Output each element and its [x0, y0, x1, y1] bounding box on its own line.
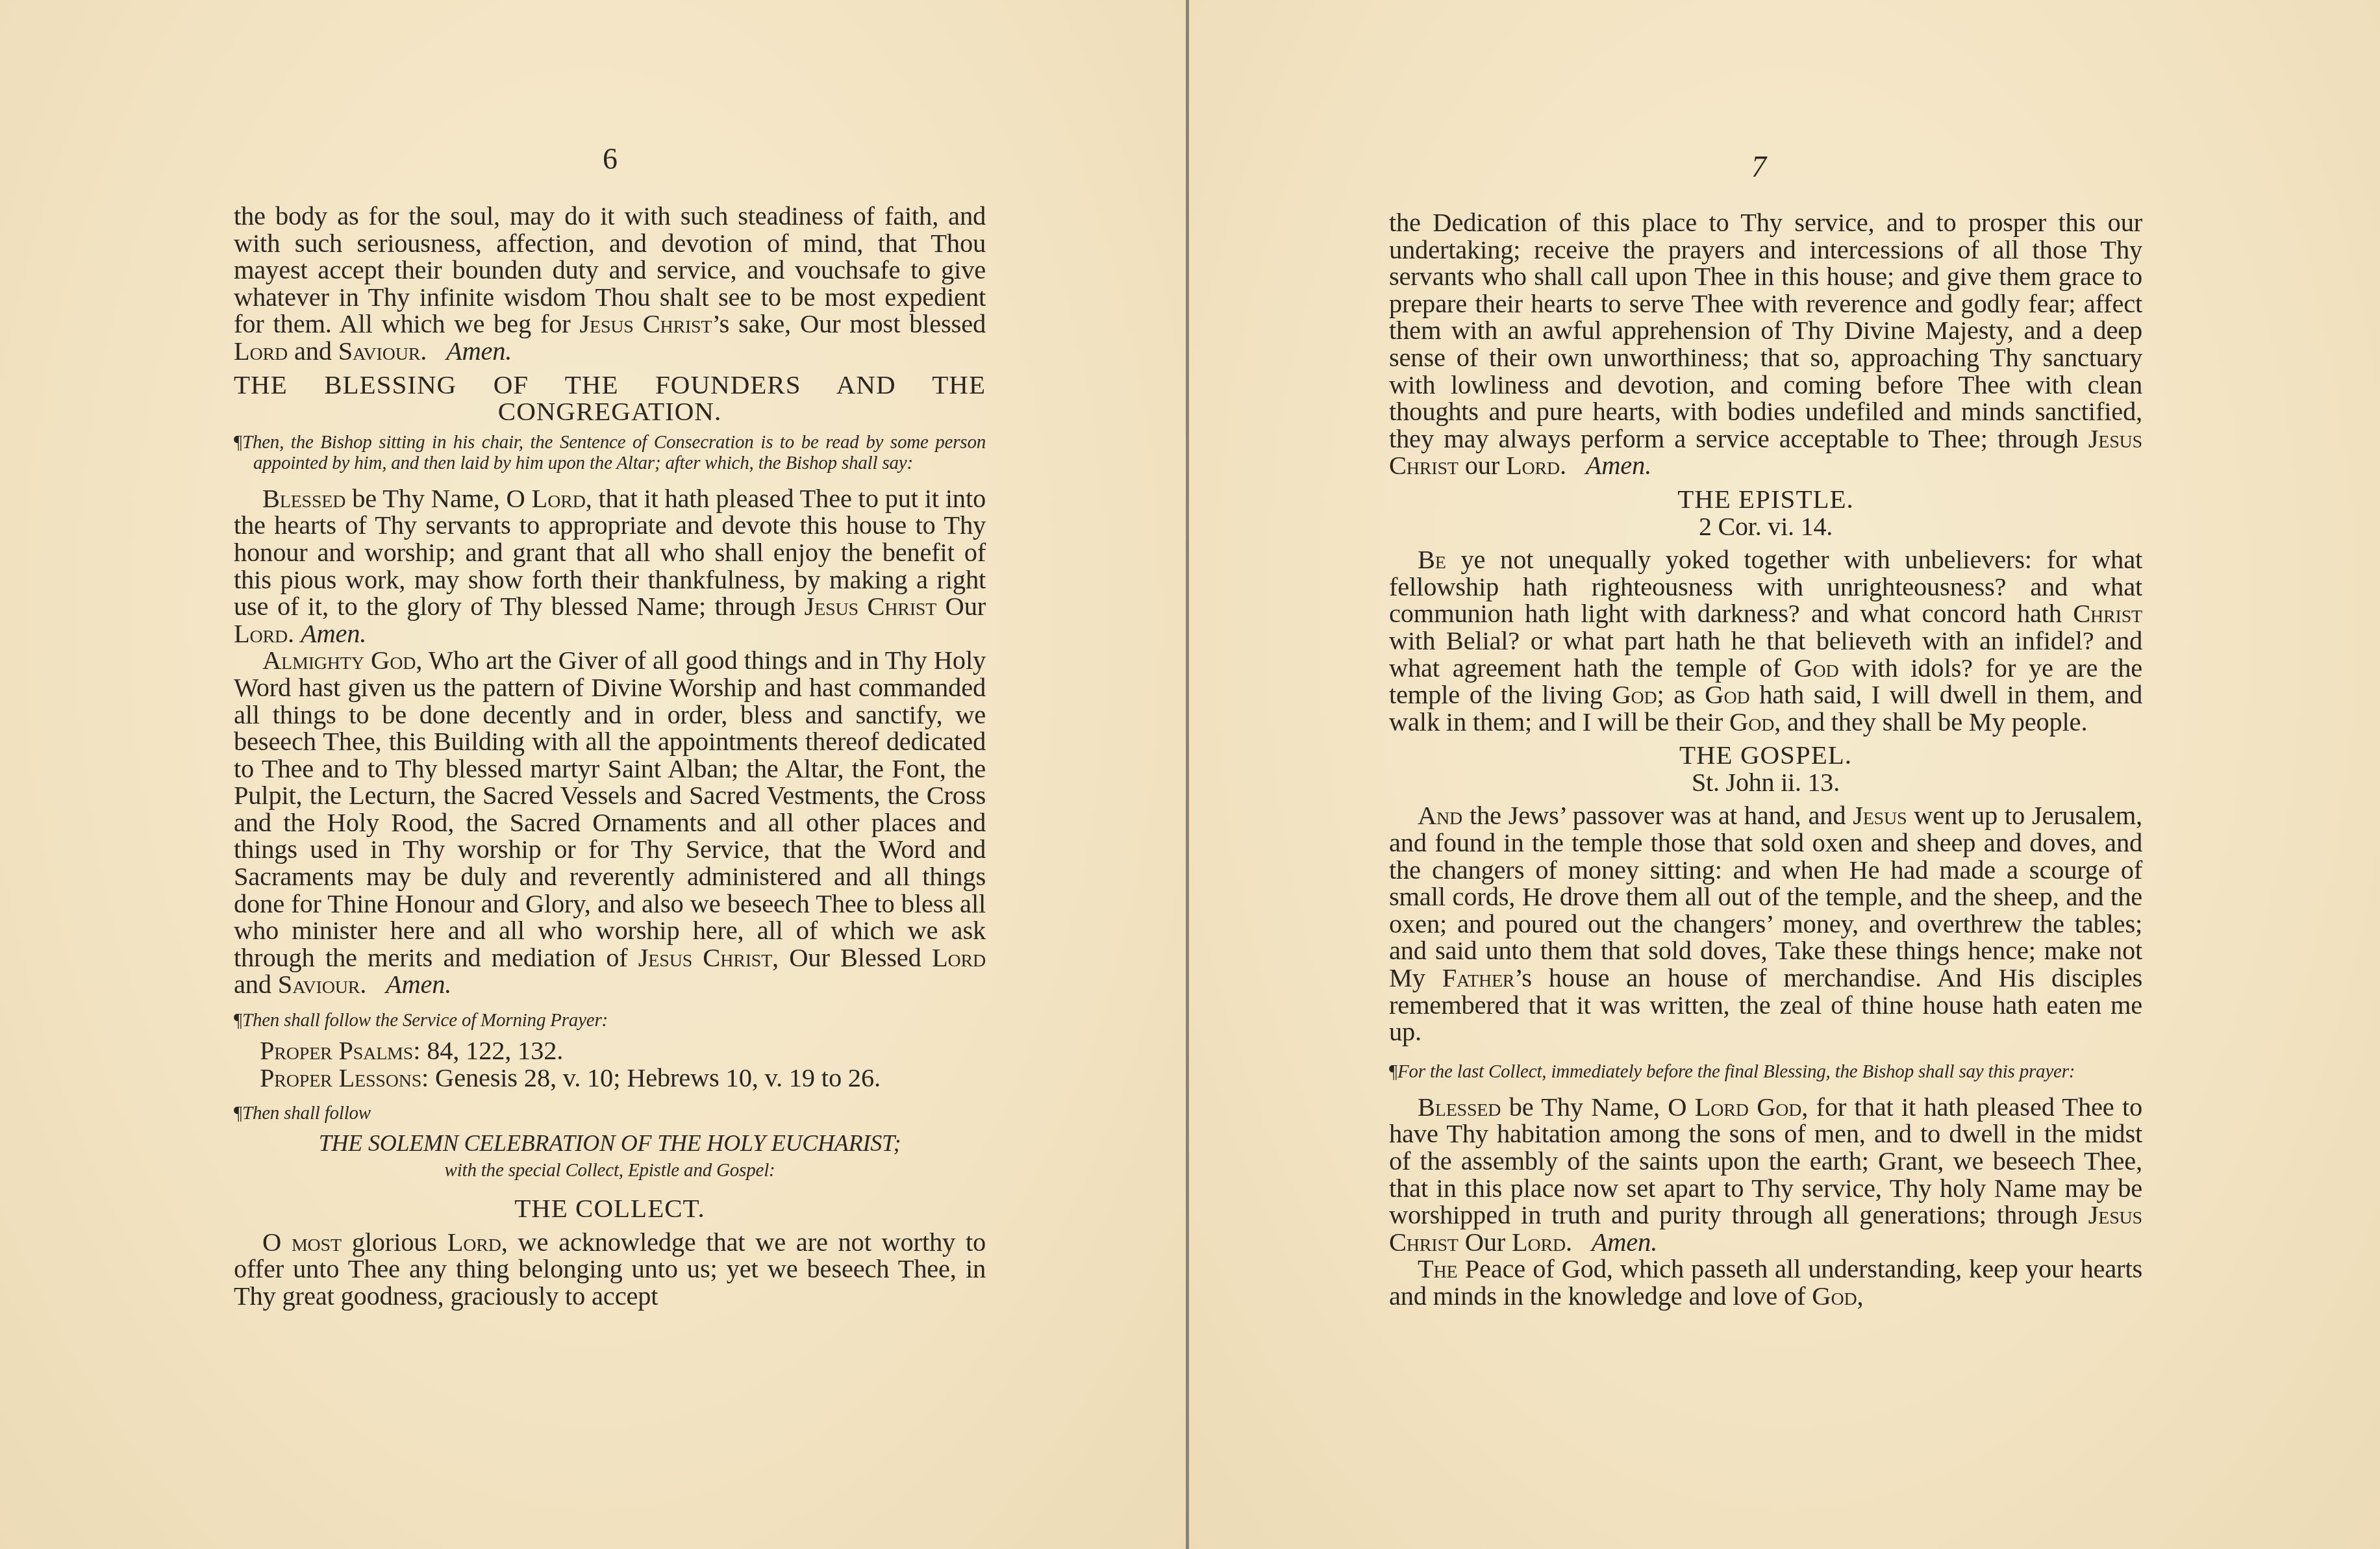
- collect-prayer: O most glorious Lord, we acknowledge tha…: [234, 1229, 986, 1310]
- page-number: 7: [1751, 149, 1766, 184]
- section-heading-founders: THE BLESSING OF THE FOUNDERS AND THE CON…: [234, 372, 986, 425]
- rubric-then-shall-follow: ¶Then shall follow: [234, 1103, 986, 1124]
- page-number: 6: [603, 142, 618, 176]
- rubric-consecration: ¶Then, the Bishop sitting in his chair, …: [234, 432, 986, 473]
- right-page-text: the Dedication of this place to Thy serv…: [1389, 209, 2142, 1310]
- final-blessing-prayer: Blessed be Thy Name, O Lord God, for tha…: [1389, 1094, 2142, 1256]
- book-spread: 6 the body as for the soul, may do it wi…: [0, 0, 2380, 1549]
- left-page: 6 the body as for the soul, may do it wi…: [0, 0, 1186, 1549]
- epistle-text: Be ye not unequally yoked together with …: [1389, 546, 2142, 735]
- collect-continued: the Dedication of this place to Thy serv…: [1389, 209, 2142, 479]
- gospel-reference: St. John ii. 13.: [1389, 769, 2142, 796]
- almighty-prayer: Almighty God, Who art the Giver of all g…: [234, 647, 986, 998]
- epistle-reference: 2 Cor. vi. 14.: [1389, 513, 2142, 540]
- section-heading-gospel: THE GOSPEL.: [1389, 742, 2142, 769]
- blessed-prayer: Blessed be Thy Name, O Lord, that it hat…: [234, 485, 986, 648]
- peace-blessing: The Peace of God, which passeth all unde…: [1389, 1255, 2142, 1309]
- special-collect-line: with the special Collect, Epistle and Go…: [234, 1157, 986, 1183]
- continued-prayer: the body as for the soul, may do it with…: [234, 203, 986, 365]
- section-heading-collect: THE COLLECT.: [234, 1195, 986, 1222]
- left-page-text: the body as for the soul, may do it with…: [234, 203, 986, 1310]
- section-heading-epistle: THE EPISTLE.: [1389, 486, 2142, 513]
- gospel-text: And the Jews’ passover was at hand, and …: [1389, 802, 2142, 1045]
- right-page: 7 the Dedication of this place to Thy se…: [1189, 0, 2380, 1549]
- rubric-last-collect: ¶For the last Collect, immediately befor…: [1389, 1061, 2142, 1082]
- rubric-morning-prayer: ¶Then shall follow the Service of Mornin…: [234, 1010, 986, 1031]
- proper-psalms: Proper Psalms: 84, 122, 132.: [234, 1037, 986, 1064]
- eucharist-title: THE SOLEMN CELEBRATION OF THE HOLY EUCHA…: [234, 1129, 986, 1157]
- proper-lessons: Proper Lessons: Genesis 28, v. 10; Hebre…: [234, 1064, 986, 1092]
